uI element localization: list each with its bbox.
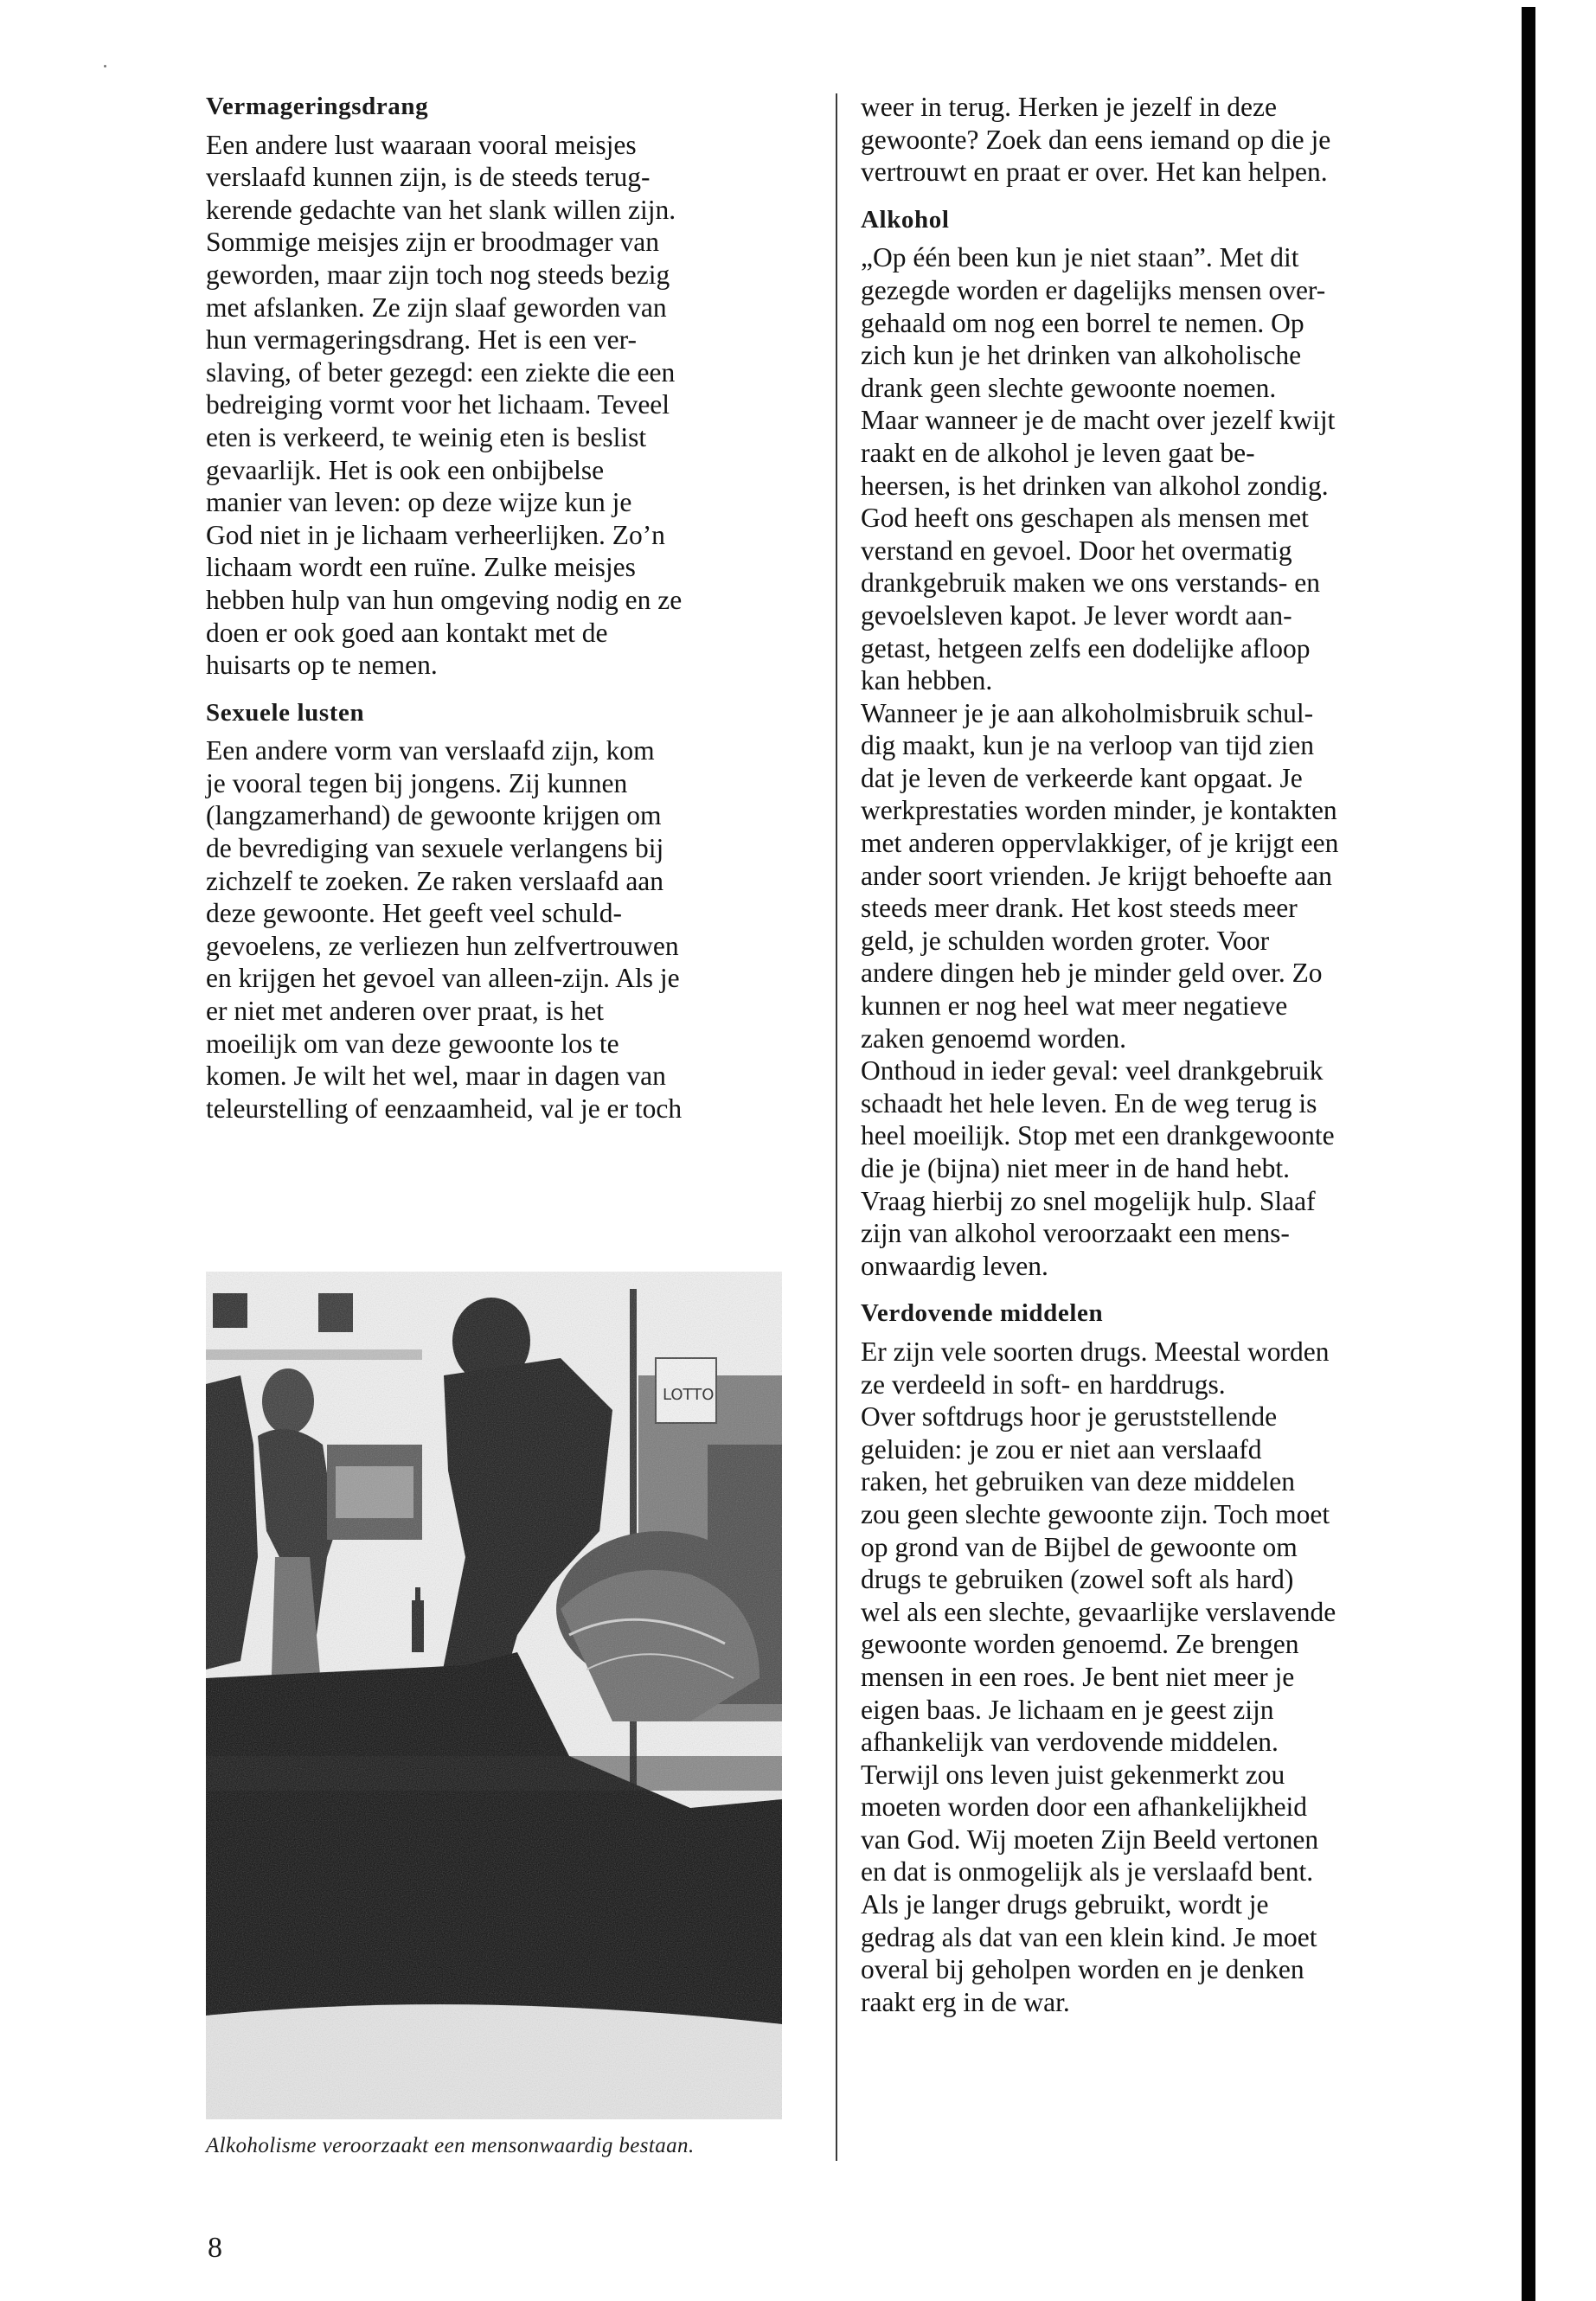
section-heading: Alkohol: [861, 204, 1492, 237]
text-line: gevoelens, ze verliezen hun zelfvertrouw…: [206, 930, 829, 963]
text-line: gewoonte worden genoemd. Ze brengen: [861, 1628, 1492, 1661]
text-line: Onthoud in ieder geval: veel drankgebrui…: [861, 1054, 1492, 1087]
text-line: gevoelsleven kapot. Je lever wordt aan-: [861, 599, 1492, 632]
text-line: Er zijn vele soorten drugs. Meestal word…: [861, 1336, 1492, 1368]
text-line: dig maakt, kun je na verloop van tijd zi…: [861, 729, 1492, 762]
text-line: gezegde worden er dagelijks mensen over-: [861, 274, 1492, 307]
text-line: zaken genoemd worden.: [861, 1022, 1492, 1055]
text-line: raakt en de alkohol je leven gaat be-: [861, 437, 1492, 470]
text-line: deze gewoonte. Het geeft veel schuld-: [206, 897, 829, 930]
text-line: overal bij geholpen worden en je denken: [861, 1953, 1492, 1986]
text-line: huisarts op te nemen.: [206, 649, 829, 682]
text-line: verstand en gevoel. Door het overmatig: [861, 535, 1492, 567]
text-line: mensen in een roes. Je bent niet meer je: [861, 1661, 1492, 1694]
section-verdovende-middelen: Verdovende middelen Er zijn vele soorten…: [861, 1298, 1492, 2018]
scan-speck: [104, 65, 106, 67]
text-line: komen. Je wilt het wel, maar in dagen va…: [206, 1060, 829, 1093]
left-column: Vermageringsdrang Een andere lust waaraa…: [206, 91, 829, 1125]
text-line: en krijgen het gevoel van alleen-zijn. A…: [206, 962, 829, 995]
section-alkohol: Alkohol „Op één been kun je niet staan”.…: [861, 204, 1492, 1283]
section-sexuele-lusten: Sexuele lusten Een andere vorm van versl…: [206, 697, 829, 1125]
text-line: geworden, maar zijn toch nog steeds bezi…: [206, 259, 829, 292]
text-line: op grond van de Bijbel de gewoonte om: [861, 1531, 1492, 1564]
text-line: wel als een slechte, gevaarlijke verslav…: [861, 1596, 1492, 1629]
text-line: weer in terug. Herken je jezelf in deze: [861, 91, 1492, 124]
text-line: zich kun je het drinken van alkoholische: [861, 339, 1492, 372]
continued-paragraph: weer in terug. Herken je jezelf in dezeg…: [861, 91, 1492, 189]
section-heading: Verdovende middelen: [861, 1298, 1492, 1330]
text-line: van God. Wij moeten Zijn Beeld vertonen: [861, 1823, 1492, 1856]
text-line: met anderen oppervlakkiger, of je krijgt…: [861, 827, 1492, 860]
text-line: met afslanken. Ze zijn slaaf geworden va…: [206, 292, 829, 324]
text-line: God niet in je lichaam verheerlijken. Zo…: [206, 519, 829, 552]
text-line: Over softdrugs hoor je geruststellende: [861, 1400, 1492, 1433]
text-line: getast, hetgeen zelfs een dodelijke aflo…: [861, 632, 1492, 665]
text-line: zou geen slechte gewoonte zijn. Toch moe…: [861, 1498, 1492, 1531]
text-line: je vooral tegen bij jongens. Zij kunnen: [206, 767, 829, 800]
text-line: de bevrediging van sexuele verlangens bi…: [206, 832, 829, 865]
scan-edge-bar: [1522, 7, 1535, 2301]
text-line: ze verdeeld in soft- en harddrugs.: [861, 1368, 1492, 1401]
text-line: verslaafd kunnen zijn, is de steeds teru…: [206, 161, 829, 194]
text-line: Wanneer je je aan alkoholmisbruik schul-: [861, 697, 1492, 730]
text-line: eten is verkeerd, te weinig eten is besl…: [206, 421, 829, 454]
text-line: Terwijl ons leven juist gekenmerkt zou: [861, 1759, 1492, 1791]
photo-image: LOTTO: [206, 1272, 782, 2119]
text-line: Sommige meisjes zijn er broodmager van: [206, 226, 829, 259]
text-line: werkprestaties worden minder, je kontakt…: [861, 794, 1492, 827]
section-body: „Op één been kun je niet staan”. Met dit…: [861, 241, 1492, 1282]
section-heading: Vermageringsdrang: [206, 91, 829, 124]
text-line: drankgebruik maken we ons verstands- en: [861, 567, 1492, 599]
text-line: Maar wanneer je de macht over jezelf kwi…: [861, 404, 1492, 437]
photo-caption: Alkoholisme veroorzaakt een mensonwaardi…: [206, 2134, 829, 2158]
text-line: raakt erg in de war.: [861, 1986, 1492, 2019]
text-line: God heeft ons geschapen als mensen met: [861, 502, 1492, 535]
text-line: gevaarlijk. Het is ook een onbijbelse: [206, 454, 829, 487]
document-page: Vermageringsdrang Een andere lust waaraa…: [0, 0, 1596, 2301]
text-line: „Op één been kun je niet staan”. Met dit: [861, 241, 1492, 274]
text-line: die je (bijna) niet meer in de hand hebt…: [861, 1152, 1492, 1185]
text-line: geld, je schulden worden groter. Voor: [861, 925, 1492, 958]
text-line: gewoonte? Zoek dan eens iemand op die je: [861, 124, 1492, 157]
text-line: lichaam wordt een ruïne. Zulke meisjes: [206, 551, 829, 584]
text-line: gedrag als dat van een klein kind. Je mo…: [861, 1921, 1492, 1954]
text-line: kan hebben.: [861, 664, 1492, 697]
text-line: er niet met anderen over praat, is het: [206, 995, 829, 1028]
text-line: dat je leven de verkeerde kant opgaat. J…: [861, 762, 1492, 795]
text-line: heel moeilijk. Stop met een drankgewoont…: [861, 1119, 1492, 1152]
text-line: Een andere lust waaraan vooral meisjes: [206, 129, 829, 162]
text-line: andere dingen heb je minder geld over. Z…: [861, 957, 1492, 990]
text-line: schaadt het hele leven. En de weg terug …: [861, 1087, 1492, 1120]
section-vermageringsdrang: Vermageringsdrang Een andere lust waaraa…: [206, 91, 829, 682]
text-line: zichzelf te zoeken. Ze raken verslaafd a…: [206, 865, 829, 898]
text-line: hebben hulp van hun omgeving nodig en ze: [206, 584, 829, 617]
text-line: onwaardig leven.: [861, 1250, 1492, 1283]
text-line: drugs te gebruiken (zowel soft als hard): [861, 1563, 1492, 1596]
photo-alcoholism: LOTTO: [206, 1272, 782, 2119]
text-line: moeilijk om van deze gewoonte los te: [206, 1028, 829, 1061]
text-line: kunnen er nog heel wat meer negatieve: [861, 990, 1492, 1022]
text-line: vertrouwt en praat er over. Het kan help…: [861, 156, 1492, 189]
text-line: Vraag hierbij zo snel mogelijk hulp. Sla…: [861, 1185, 1492, 1218]
text-line: slaving, of beter gezegd: een ziekte die…: [206, 356, 829, 389]
text-line: raken, het gebruiken van deze middelen: [861, 1465, 1492, 1498]
section-body: Er zijn vele soorten drugs. Meestal word…: [861, 1336, 1492, 2018]
text-line: gehaald om nog een borrel te nemen. Op: [861, 307, 1492, 340]
right-column: weer in terug. Herken je jezelf in dezeg…: [861, 91, 1492, 2018]
section-heading: Sexuele lusten: [206, 697, 829, 730]
text-line: eigen baas. Je lichaam en je geest zijn: [861, 1694, 1492, 1727]
text-line: Als je langer drugs gebruikt, wordt je: [861, 1888, 1492, 1921]
text-line: ander soort vrienden. Je krijgt behoefte…: [861, 860, 1492, 893]
text-line: bedreiging vormt voor het lichaam. Tevee…: [206, 388, 829, 421]
text-line: teleurstelling of eenzaamheid, val je er…: [206, 1093, 829, 1125]
column-divider: [836, 93, 837, 2161]
text-line: en dat is onmogelijk als je verslaafd be…: [861, 1856, 1492, 1888]
section-body: Een andere vorm van verslaafd zijn, komj…: [206, 734, 829, 1125]
text-line: hun vermageringsdrang. Het is een ver-: [206, 324, 829, 356]
text-line: drank geen slechte gewoonte noemen.: [861, 372, 1492, 405]
page-number: 8: [208, 2232, 222, 2265]
text-line: Een andere vorm van verslaafd zijn, kom: [206, 734, 829, 767]
text-line: zijn van alkohol veroorzaakt een mens-: [861, 1217, 1492, 1250]
text-line: moeten worden door een afhankelijkheid: [861, 1791, 1492, 1823]
text-line: geluiden: je zou er niet aan verslaafd: [861, 1433, 1492, 1466]
text-line: afhankelijk van verdovende middelen.: [861, 1726, 1492, 1759]
text-line: heersen, is het drinken van alkohol zond…: [861, 470, 1492, 503]
text-line: manier van leven: op deze wijze kun je: [206, 486, 829, 519]
text-line: doen er ook goed aan kontakt met de: [206, 617, 829, 650]
text-line: (langzamerhand) de gewoonte krijgen om: [206, 799, 829, 832]
section-body: Een andere lust waaraan vooral meisjesve…: [206, 129, 829, 682]
text-line: kerende gedachte van het slank willen zi…: [206, 194, 829, 227]
text-line: steeds meer drank. Het kost steeds meer: [861, 892, 1492, 925]
